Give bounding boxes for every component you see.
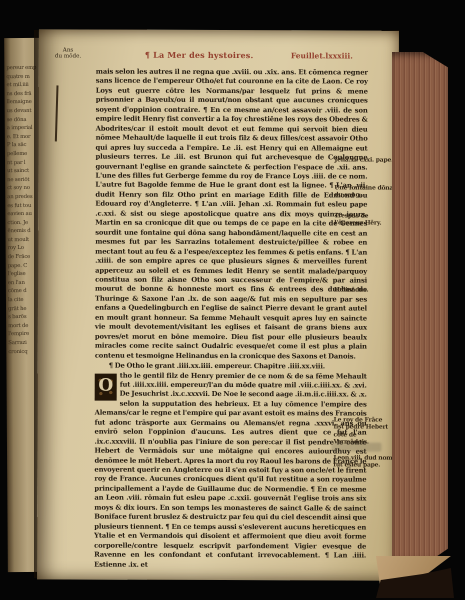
running-head: Ans du mōde. ¶ La Mer des hystoires. Feu… (39, 47, 399, 62)
margin-note-helinandus: Helinādus. (334, 286, 394, 294)
year-note-line2: du mōde. (55, 54, 81, 60)
decorated-initial: O (95, 373, 117, 400)
margin-note-herbert-of-vermandois: Le roy de Frāce fist pēdre Hebert cōte d… (334, 416, 394, 445)
body-paragraph-1: mais selon les autres il ne regna que .x… (95, 68, 368, 362)
year-of-world-note: Ans du mōde. (55, 47, 81, 60)
body-paragraph-2-text: tho le gentil filz de Henry premier de c… (94, 371, 367, 568)
year-note-line1: Ans (63, 47, 74, 53)
margin-note-pope-john: Jehā.xi. cxxi. pape. (334, 156, 394, 164)
book-fore-edge (392, 52, 448, 564)
margin-note-fountain-of-blood: Une fontaine dōna du sang. (334, 184, 394, 199)
running-head-title: ¶ La Mer des hystoires. (145, 50, 254, 60)
margin-note-pope-leo: Leon.viii. dud nom fut esleu pape. (333, 454, 393, 469)
book-page: Ans du mōde. ¶ La Mer des hystoires. Feu… (37, 29, 399, 580)
margin-note-death-of-emperor-henry: Trespas de l'ēpereur Hēry. (334, 212, 394, 227)
text-block: mais selon les autres il ne regna que .x… (94, 68, 368, 571)
faded-stamp (331, 442, 381, 451)
book-photograph: pereur emp quatre m et mil.iiii ns des f… (0, 0, 465, 600)
margin-ink-stroke (55, 85, 58, 141)
body-paragraph-2: Otho le gentil filz de Henry premier de … (94, 371, 367, 570)
folio-number: Feuillet.lxxxiii. (291, 51, 353, 60)
